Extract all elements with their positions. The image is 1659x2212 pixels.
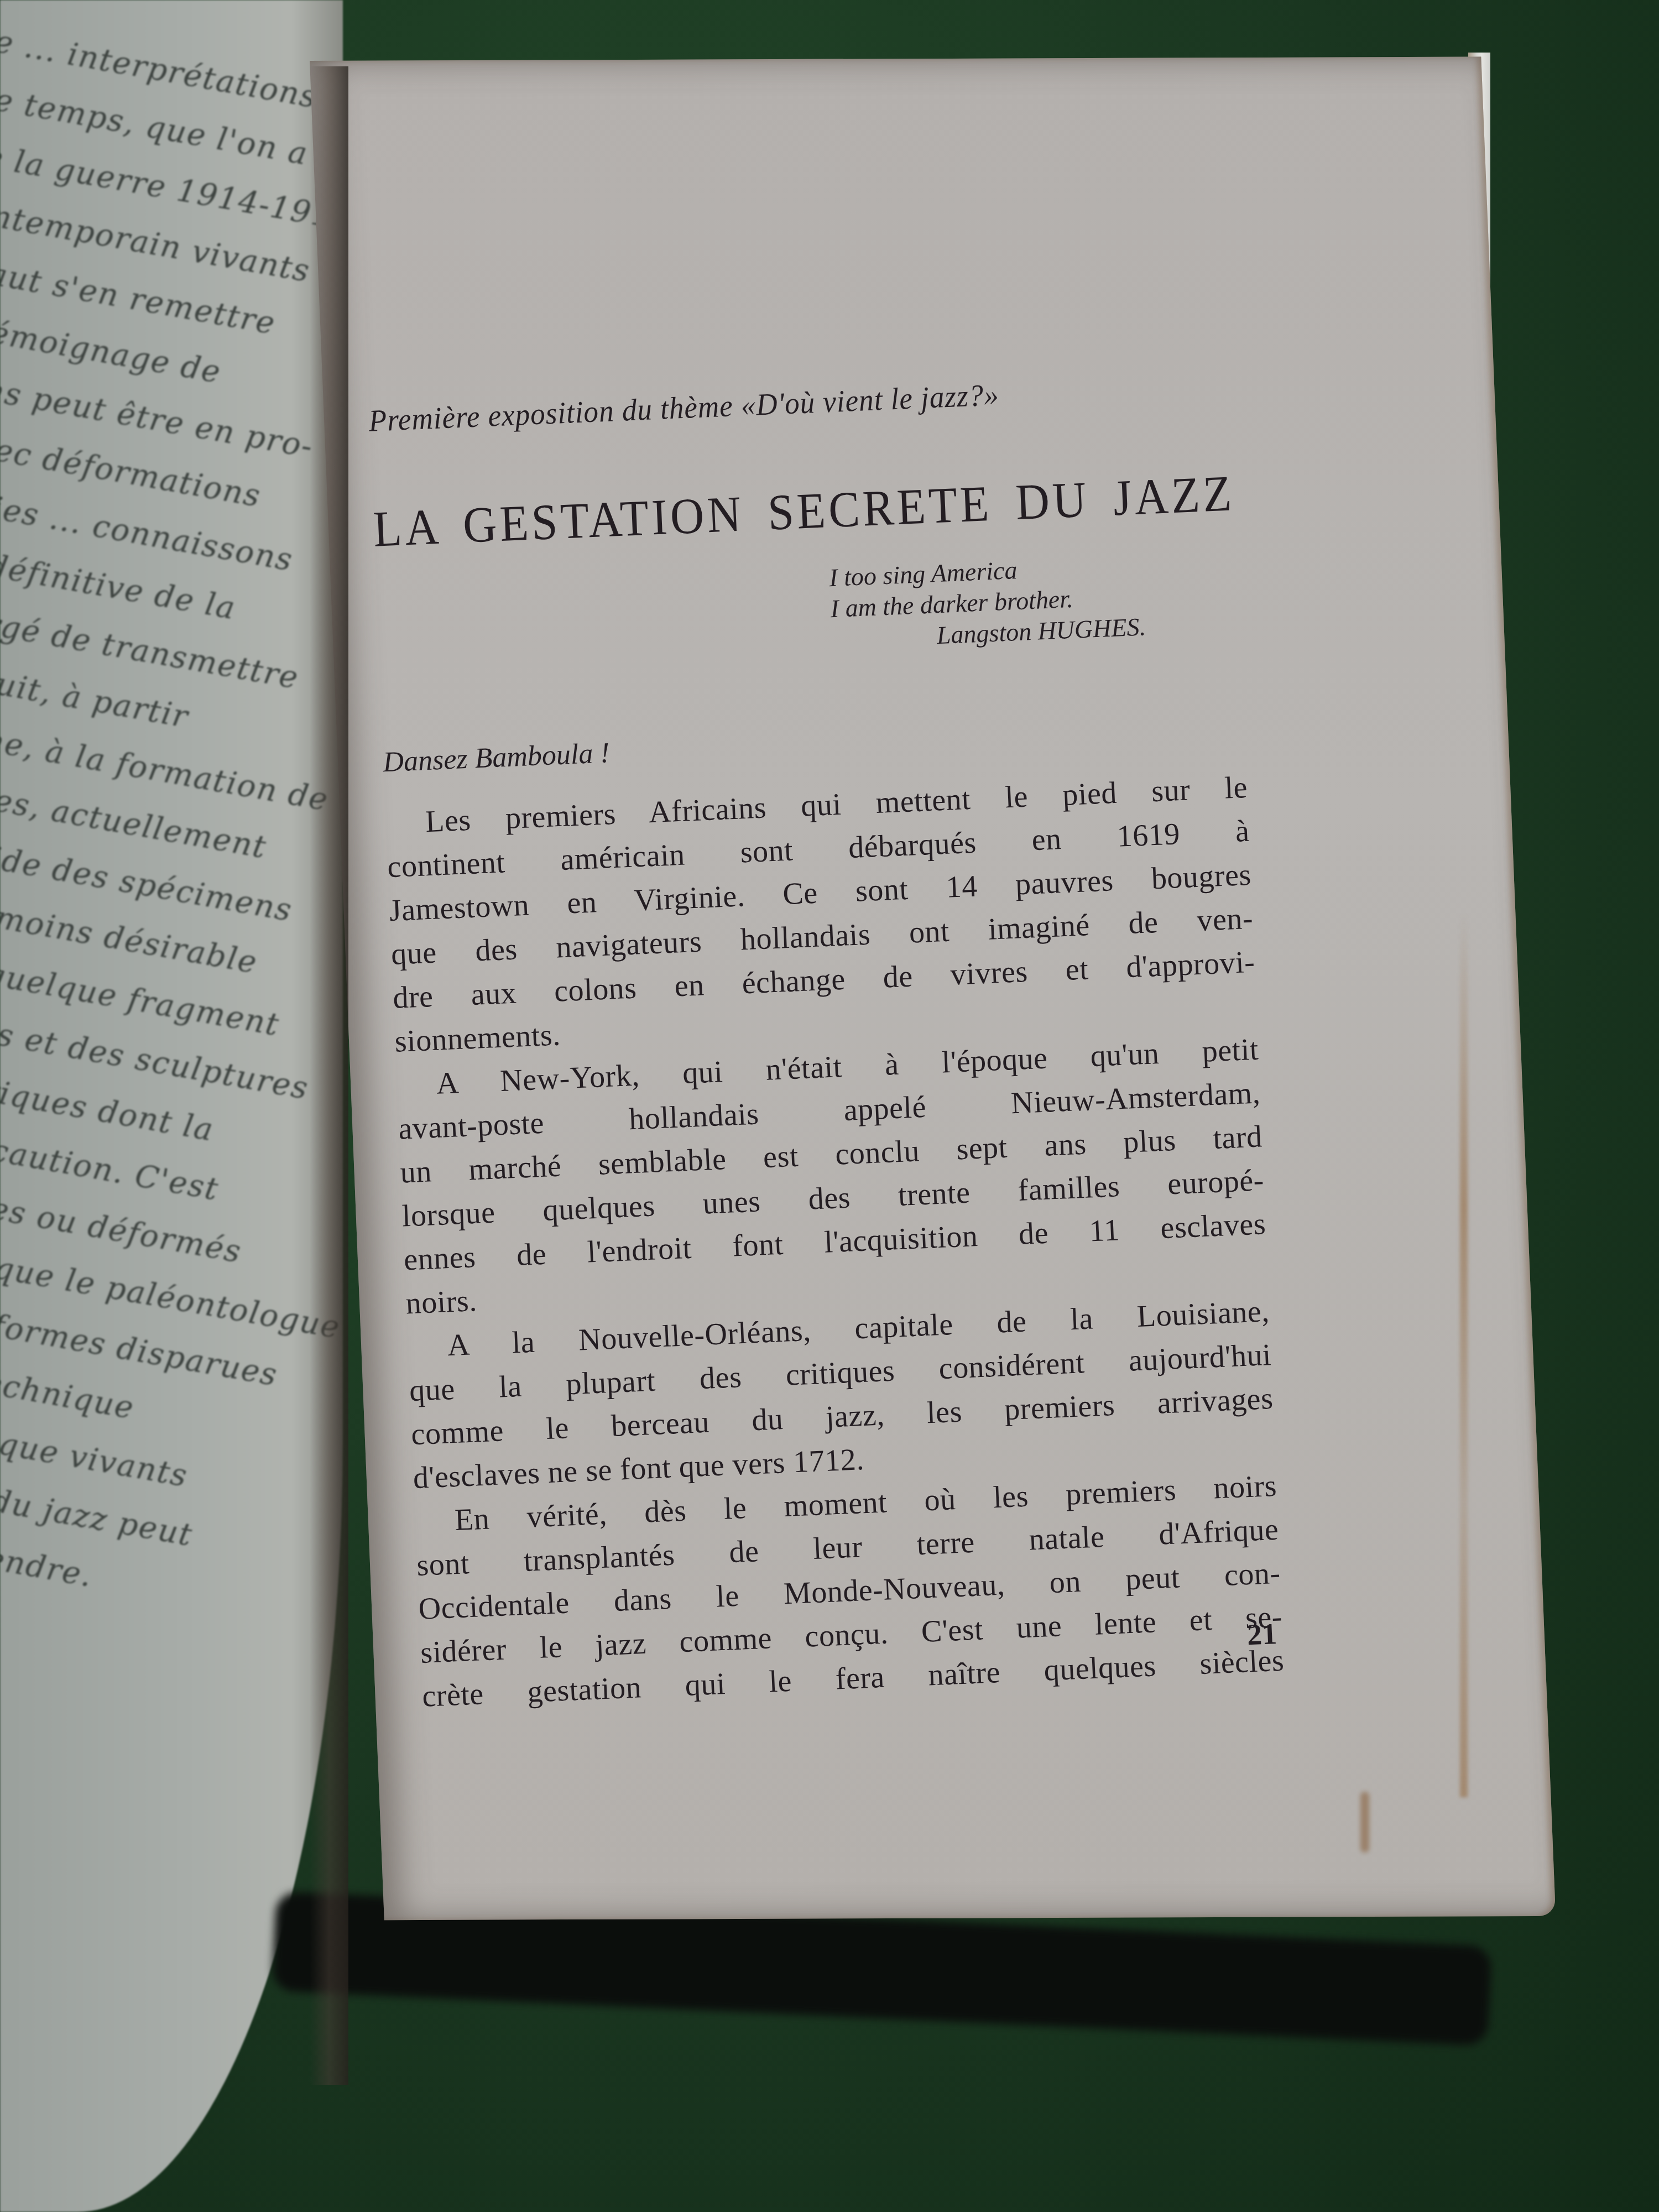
right-page-content: Première exposition du thème «D'où vient… xyxy=(365,296,1285,1719)
paragraph: En vérité, dès le moment où les premiers… xyxy=(414,1464,1285,1719)
paragraph: Les premiers Africains qui mettent le pi… xyxy=(385,766,1258,1064)
page-number: 21 xyxy=(1246,1616,1278,1652)
section-label: Première exposition du thème «D'où vient… xyxy=(368,369,1188,439)
foxing-stain-edge xyxy=(1460,912,1468,1797)
paragraph: A New-York, qui n'était à l'époque qu'un… xyxy=(395,1028,1268,1326)
paragraph: A la Nouvelle-Orléans, capitale de la Lo… xyxy=(406,1290,1276,1500)
subheading: Dansez Bamboula ! xyxy=(382,710,1245,779)
chapter-title: LA GESTATION SECRETE DU JAZZ xyxy=(372,467,1167,559)
book-gutter xyxy=(310,66,348,2085)
epigraph: I too sing America I am the darker broth… xyxy=(828,545,1241,655)
body-text: Les premiers Africains qui mettent le pi… xyxy=(385,766,1285,1719)
left-facing-page: le ... interprétations plus de temps, qu… xyxy=(0,0,343,2212)
left-page-text: le ... interprétations plus de temps, qu… xyxy=(0,11,337,1601)
foxing-stain xyxy=(1360,1792,1369,1853)
